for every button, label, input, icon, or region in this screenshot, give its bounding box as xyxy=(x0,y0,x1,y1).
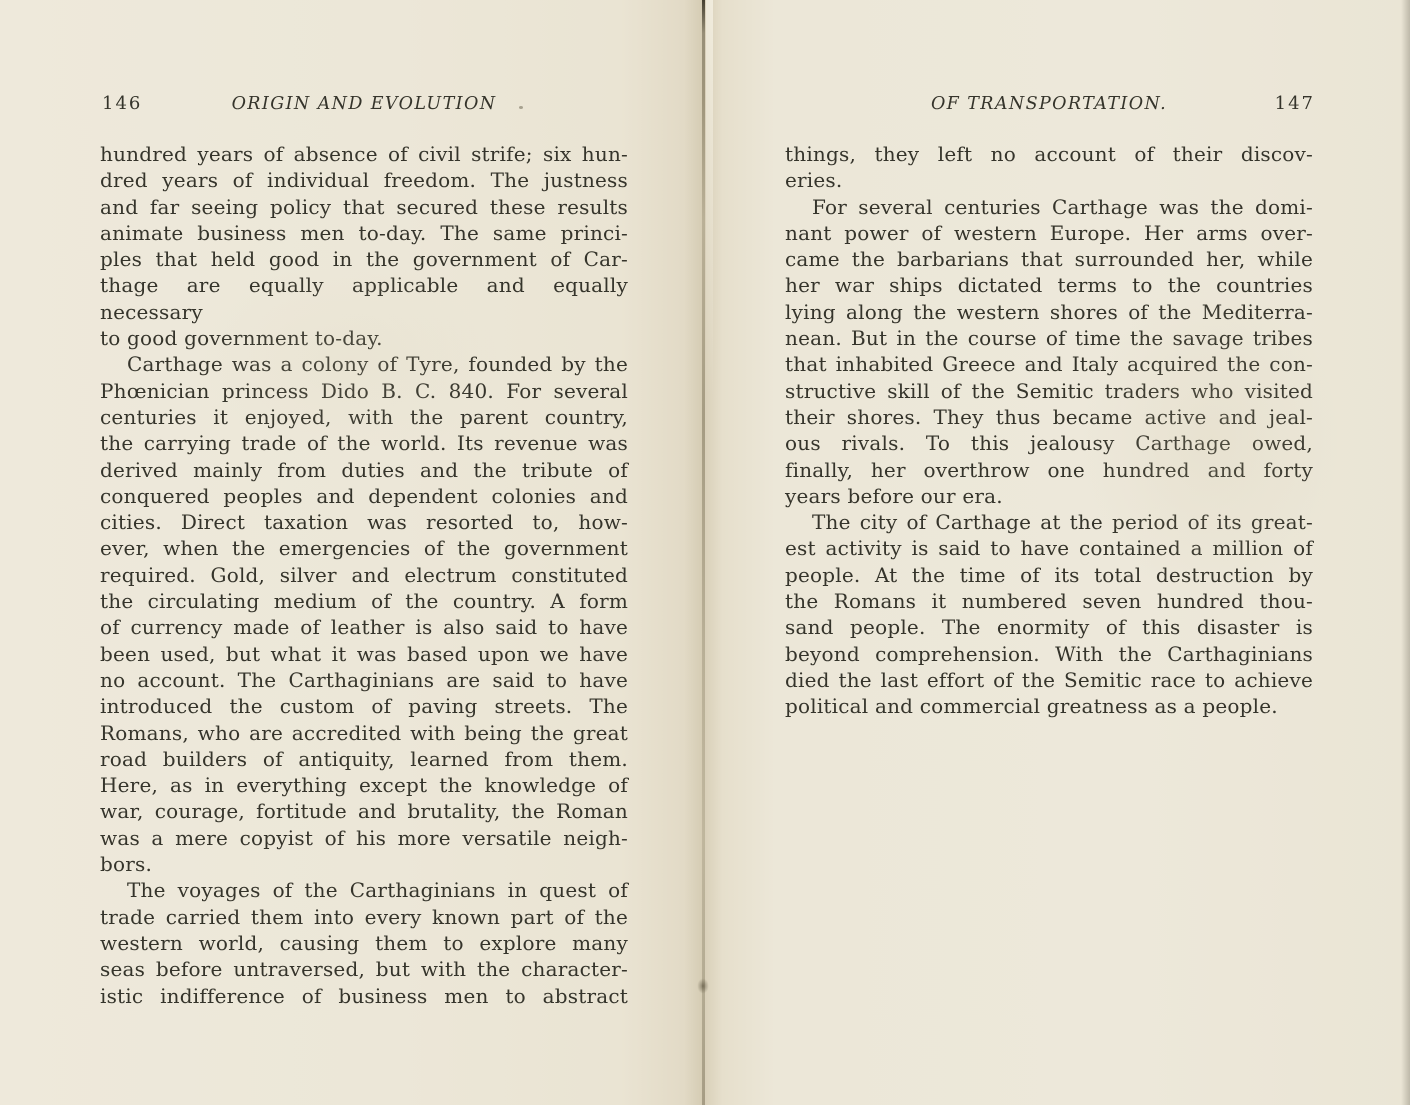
paragraph: things, they left no account of their di… xyxy=(785,141,1313,194)
text-line: ples that held good in the government of… xyxy=(100,246,628,272)
paragraph: The voyages of the Carthaginians in ques… xyxy=(100,877,628,1008)
text-line: died the last effort of the Semitic race… xyxy=(785,667,1313,693)
paragraph: For several centuries Carthage was the d… xyxy=(785,194,1313,510)
gutter-blemish xyxy=(697,978,709,994)
text-line: nant power of western Europe. Her arms o… xyxy=(785,220,1313,246)
text-line: was a mere copyist of his more versatile… xyxy=(100,825,628,851)
text-line: her war ships dictated terms to the coun… xyxy=(785,272,1313,298)
text-line: that inhabited Greece and Italy acquired… xyxy=(785,351,1313,377)
text-line: came the barbarians that surrounded her,… xyxy=(785,246,1313,272)
text-line: dred years of individual freedom. The ju… xyxy=(100,167,628,193)
text-line: animate business men to-day. The same pr… xyxy=(100,220,628,246)
text-line: sand people. The enormity of this disast… xyxy=(785,614,1313,640)
paragraph: Carthage was a colony of Tyre, founded b… xyxy=(100,351,628,877)
text-line: Romans, who are accredited with being th… xyxy=(100,720,628,746)
text-line: nean. But in the course of time the sava… xyxy=(785,325,1313,351)
text-line: no account. The Carthaginians are said t… xyxy=(100,667,628,693)
text-line: Carthage was a colony of Tyre, founded b… xyxy=(100,351,628,377)
page-edge-shadow xyxy=(1401,0,1410,1105)
text-line: The city of Carthage at the period of it… xyxy=(785,509,1313,535)
text-line: the Romans it numbered seven hundred tho… xyxy=(785,588,1313,614)
page-left: 146 ORIGIN AND EVOLUTION hundred years o… xyxy=(0,0,705,1105)
page-left-header-row: 146 ORIGIN AND EVOLUTION xyxy=(0,93,705,119)
text-line: the carrying trade of the world. Its rev… xyxy=(100,430,628,456)
text-line: For several centuries Carthage was the d… xyxy=(785,194,1313,220)
text-line: thage are equally applicable and equally… xyxy=(100,272,628,325)
text-line: cities. Direct taxation was resorted to,… xyxy=(100,509,628,535)
text-line: been used, but what it was based upon we… xyxy=(100,641,628,667)
text-line: trade carried them into every known part… xyxy=(100,904,628,930)
text-line: hundred years of absence of civil strife… xyxy=(100,141,628,167)
text-line: the circulating medium of the country. A… xyxy=(100,588,628,614)
text-line: people. At the time of its total destruc… xyxy=(785,562,1313,588)
text-line: Phœnician princess Dido B. C. 840. For s… xyxy=(100,378,628,404)
text-line: derived mainly from duties and the tribu… xyxy=(100,457,628,483)
text-line: seas before untraversed, but with the ch… xyxy=(100,956,628,982)
text-line: The voyages of the Carthaginians in ques… xyxy=(100,877,628,903)
text-line: political and commercial greatness as a … xyxy=(785,693,1313,719)
text-line: to good government to-day. xyxy=(100,325,628,351)
text-line: introduced the custom of paving streets.… xyxy=(100,693,628,719)
text-line: structive skill of the Semitic traders w… xyxy=(785,378,1313,404)
text-line: istic indifference of business men to ab… xyxy=(100,983,628,1009)
text-line: beyond comprehension. With the Carthagin… xyxy=(785,641,1313,667)
text-line: and far seeing policy that secured these… xyxy=(100,194,628,220)
text-line: conquered peoples and dependent colonies… xyxy=(100,483,628,509)
text-line: war, courage, fortitude and brutality, t… xyxy=(100,798,628,824)
text-line: ous rivals. To this jealousy Carthage ow… xyxy=(785,430,1313,456)
text-line: centuries it enjoyed, with the parent co… xyxy=(100,404,628,430)
text-line: their shores. They thus became active an… xyxy=(785,404,1313,430)
text-line: things, they left no account of their di… xyxy=(785,141,1313,167)
text-line: Here, as in everything except the knowle… xyxy=(100,772,628,798)
paper-speck xyxy=(519,106,523,109)
page-number-right: 147 xyxy=(1275,93,1315,114)
text-line: finally, her overthrow one hundred and f… xyxy=(785,457,1313,483)
text-line: eries. xyxy=(785,167,1313,193)
text-line: ever, when the emergencies of the govern… xyxy=(100,535,628,561)
text-column-left: hundred years of absence of civil strife… xyxy=(100,141,628,1009)
gutter-highlight xyxy=(706,0,713,400)
book-scan: 146 ORIGIN AND EVOLUTION hundred years o… xyxy=(0,0,1410,1105)
text-line: lying along the western shores of the Me… xyxy=(785,299,1313,325)
text-line: years before our era. xyxy=(785,483,1313,509)
paragraph: The city of Carthage at the period of it… xyxy=(785,509,1313,719)
paragraph: hundred years of absence of civil strife… xyxy=(100,141,628,351)
text-line: road builders of antiquity, learned from… xyxy=(100,746,628,772)
text-line: est activity is said to have contained a… xyxy=(785,535,1313,561)
running-header-left: ORIGIN AND EVOLUTION xyxy=(100,94,628,114)
text-line: western world, causing them to explore m… xyxy=(100,930,628,956)
running-header-right: OF TRANSPORTATION. xyxy=(785,94,1313,114)
paper-speck xyxy=(382,995,386,998)
page-right-header-row: OF TRANSPORTATION. 147 xyxy=(705,93,1410,119)
text-line: of currency made of leather is also said… xyxy=(100,614,628,640)
text-column-right: things, they left no account of their di… xyxy=(785,141,1313,720)
page-right: OF TRANSPORTATION. 147 things, they left… xyxy=(705,0,1410,1105)
text-line: bors. xyxy=(100,851,628,877)
text-line: required. Gold, silver and electrum cons… xyxy=(100,562,628,588)
book-gutter-crease xyxy=(702,0,705,1105)
